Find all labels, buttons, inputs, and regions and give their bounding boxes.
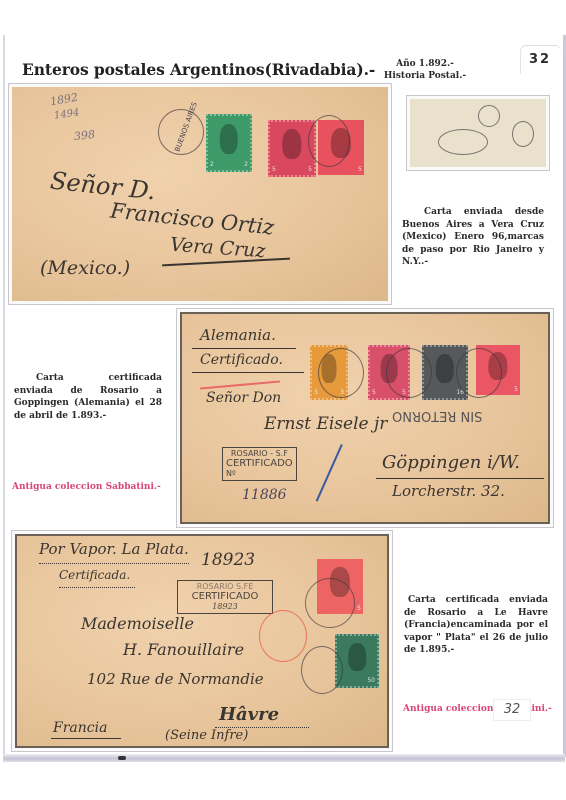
addressee-city: Göppingen i/W. xyxy=(382,452,520,473)
addressee-name: H. Fanouillaire xyxy=(123,640,244,659)
album-bottom-binding xyxy=(3,754,565,762)
cover-1-reverse xyxy=(410,99,546,167)
underline xyxy=(51,738,121,739)
cover-1-frame[interactable]: 1892 1494 398 BUENOS AIRES 22 55 5 Señor… xyxy=(8,83,392,305)
underline xyxy=(376,478,544,479)
transit-postmark xyxy=(478,105,500,127)
postmark xyxy=(308,115,350,167)
transit-postmark xyxy=(512,121,534,147)
addressee-name: Ernst Eisele jr xyxy=(264,414,387,434)
addressee-country: (Mexico.) xyxy=(40,257,130,279)
page-title: Enteros postales Argentinos(Rivadabia).- xyxy=(22,60,375,79)
underline xyxy=(39,562,189,564)
blue-crayon-mark xyxy=(316,444,343,501)
pencil-note: 398 xyxy=(73,128,95,143)
pencil-note: 1494 xyxy=(53,107,80,121)
cover-2-envelope: Alemania. Certificado. 33 55 16 5 SIN RE… xyxy=(180,312,550,524)
destination-note: Alemania. xyxy=(200,326,276,344)
ship-note: Por Vapor. La Plata. xyxy=(39,540,189,558)
cover-2-provenance: Antigua coleccion Sabbatini.- xyxy=(12,482,161,492)
page-number: 32 xyxy=(529,52,551,67)
service-note: Certificada. xyxy=(59,568,130,582)
salutation: Señor Don xyxy=(206,390,281,406)
salutation: Señor D. xyxy=(49,167,157,206)
sin-retorno-mark: SIN RETORNO xyxy=(392,408,482,423)
registration-number-top: 18923 xyxy=(201,550,255,570)
cover-3-description: Carta certificada enviada de Rosario a L… xyxy=(404,594,548,657)
section-label: Historia Postal.- xyxy=(370,70,480,82)
certificados-postmark xyxy=(305,578,355,628)
postmark xyxy=(456,348,502,398)
salutation: Mademoiselle xyxy=(81,614,194,633)
oval-cachet xyxy=(438,129,488,155)
red-pencil-mark xyxy=(200,381,280,389)
cover-2-frame[interactable]: Alemania. Certificado. 33 55 16 5 SIN RE… xyxy=(176,308,554,528)
addressee-name: Francisco Ortiz xyxy=(109,198,275,239)
registration-number: 11886 xyxy=(242,487,287,503)
addressee-region: (Seine Infre) xyxy=(165,728,248,743)
registration-box: ROSARIO - S.F CERTIFICADO Nº xyxy=(222,447,297,481)
red-transit-postmark xyxy=(259,610,307,662)
cover-3-frame[interactable]: Por Vapor. La Plata. Certificada. 18923 … xyxy=(11,530,393,752)
stamp-2c-green: 22 xyxy=(206,114,252,172)
cover-1-description: Carta enviada desde Buenos Aires a Vera … xyxy=(402,206,544,269)
addressee-street: Lorcherstr. 32. xyxy=(392,482,505,500)
addressee-country: Francia xyxy=(53,720,107,736)
addressee-city: Hâvre xyxy=(219,704,279,725)
postmark xyxy=(386,348,432,398)
cover-3-envelope: Por Vapor. La Plata. Certificada. 18923 … xyxy=(15,534,389,748)
addressee-street: 102 Rue de Normandie xyxy=(87,670,264,688)
page-header-info: Año 1.892.- Historia Postal.- xyxy=(370,58,480,82)
binding-mark xyxy=(118,756,126,760)
registration-box: ROSARIO S.FE CERTIFICADO 18923 xyxy=(177,580,273,614)
cover-2-description: Carta certificada enviada de Rosario a G… xyxy=(14,372,162,422)
pencil-note: 1892 xyxy=(49,91,79,109)
postmark xyxy=(301,646,343,694)
cover-1-envelope: 1892 1494 398 BUENOS AIRES 22 55 5 Señor… xyxy=(12,87,388,301)
cover-1-reverse-frame[interactable] xyxy=(406,95,550,171)
underline xyxy=(59,586,135,588)
page-number-sticker: 32 xyxy=(493,699,531,721)
underline xyxy=(192,348,296,349)
postmark xyxy=(318,348,364,398)
service-note: Certificado. xyxy=(200,352,283,368)
year-label: Año 1.892.- xyxy=(370,58,480,70)
underline xyxy=(192,372,304,373)
addressee-city: Vera Cruz xyxy=(169,234,266,263)
